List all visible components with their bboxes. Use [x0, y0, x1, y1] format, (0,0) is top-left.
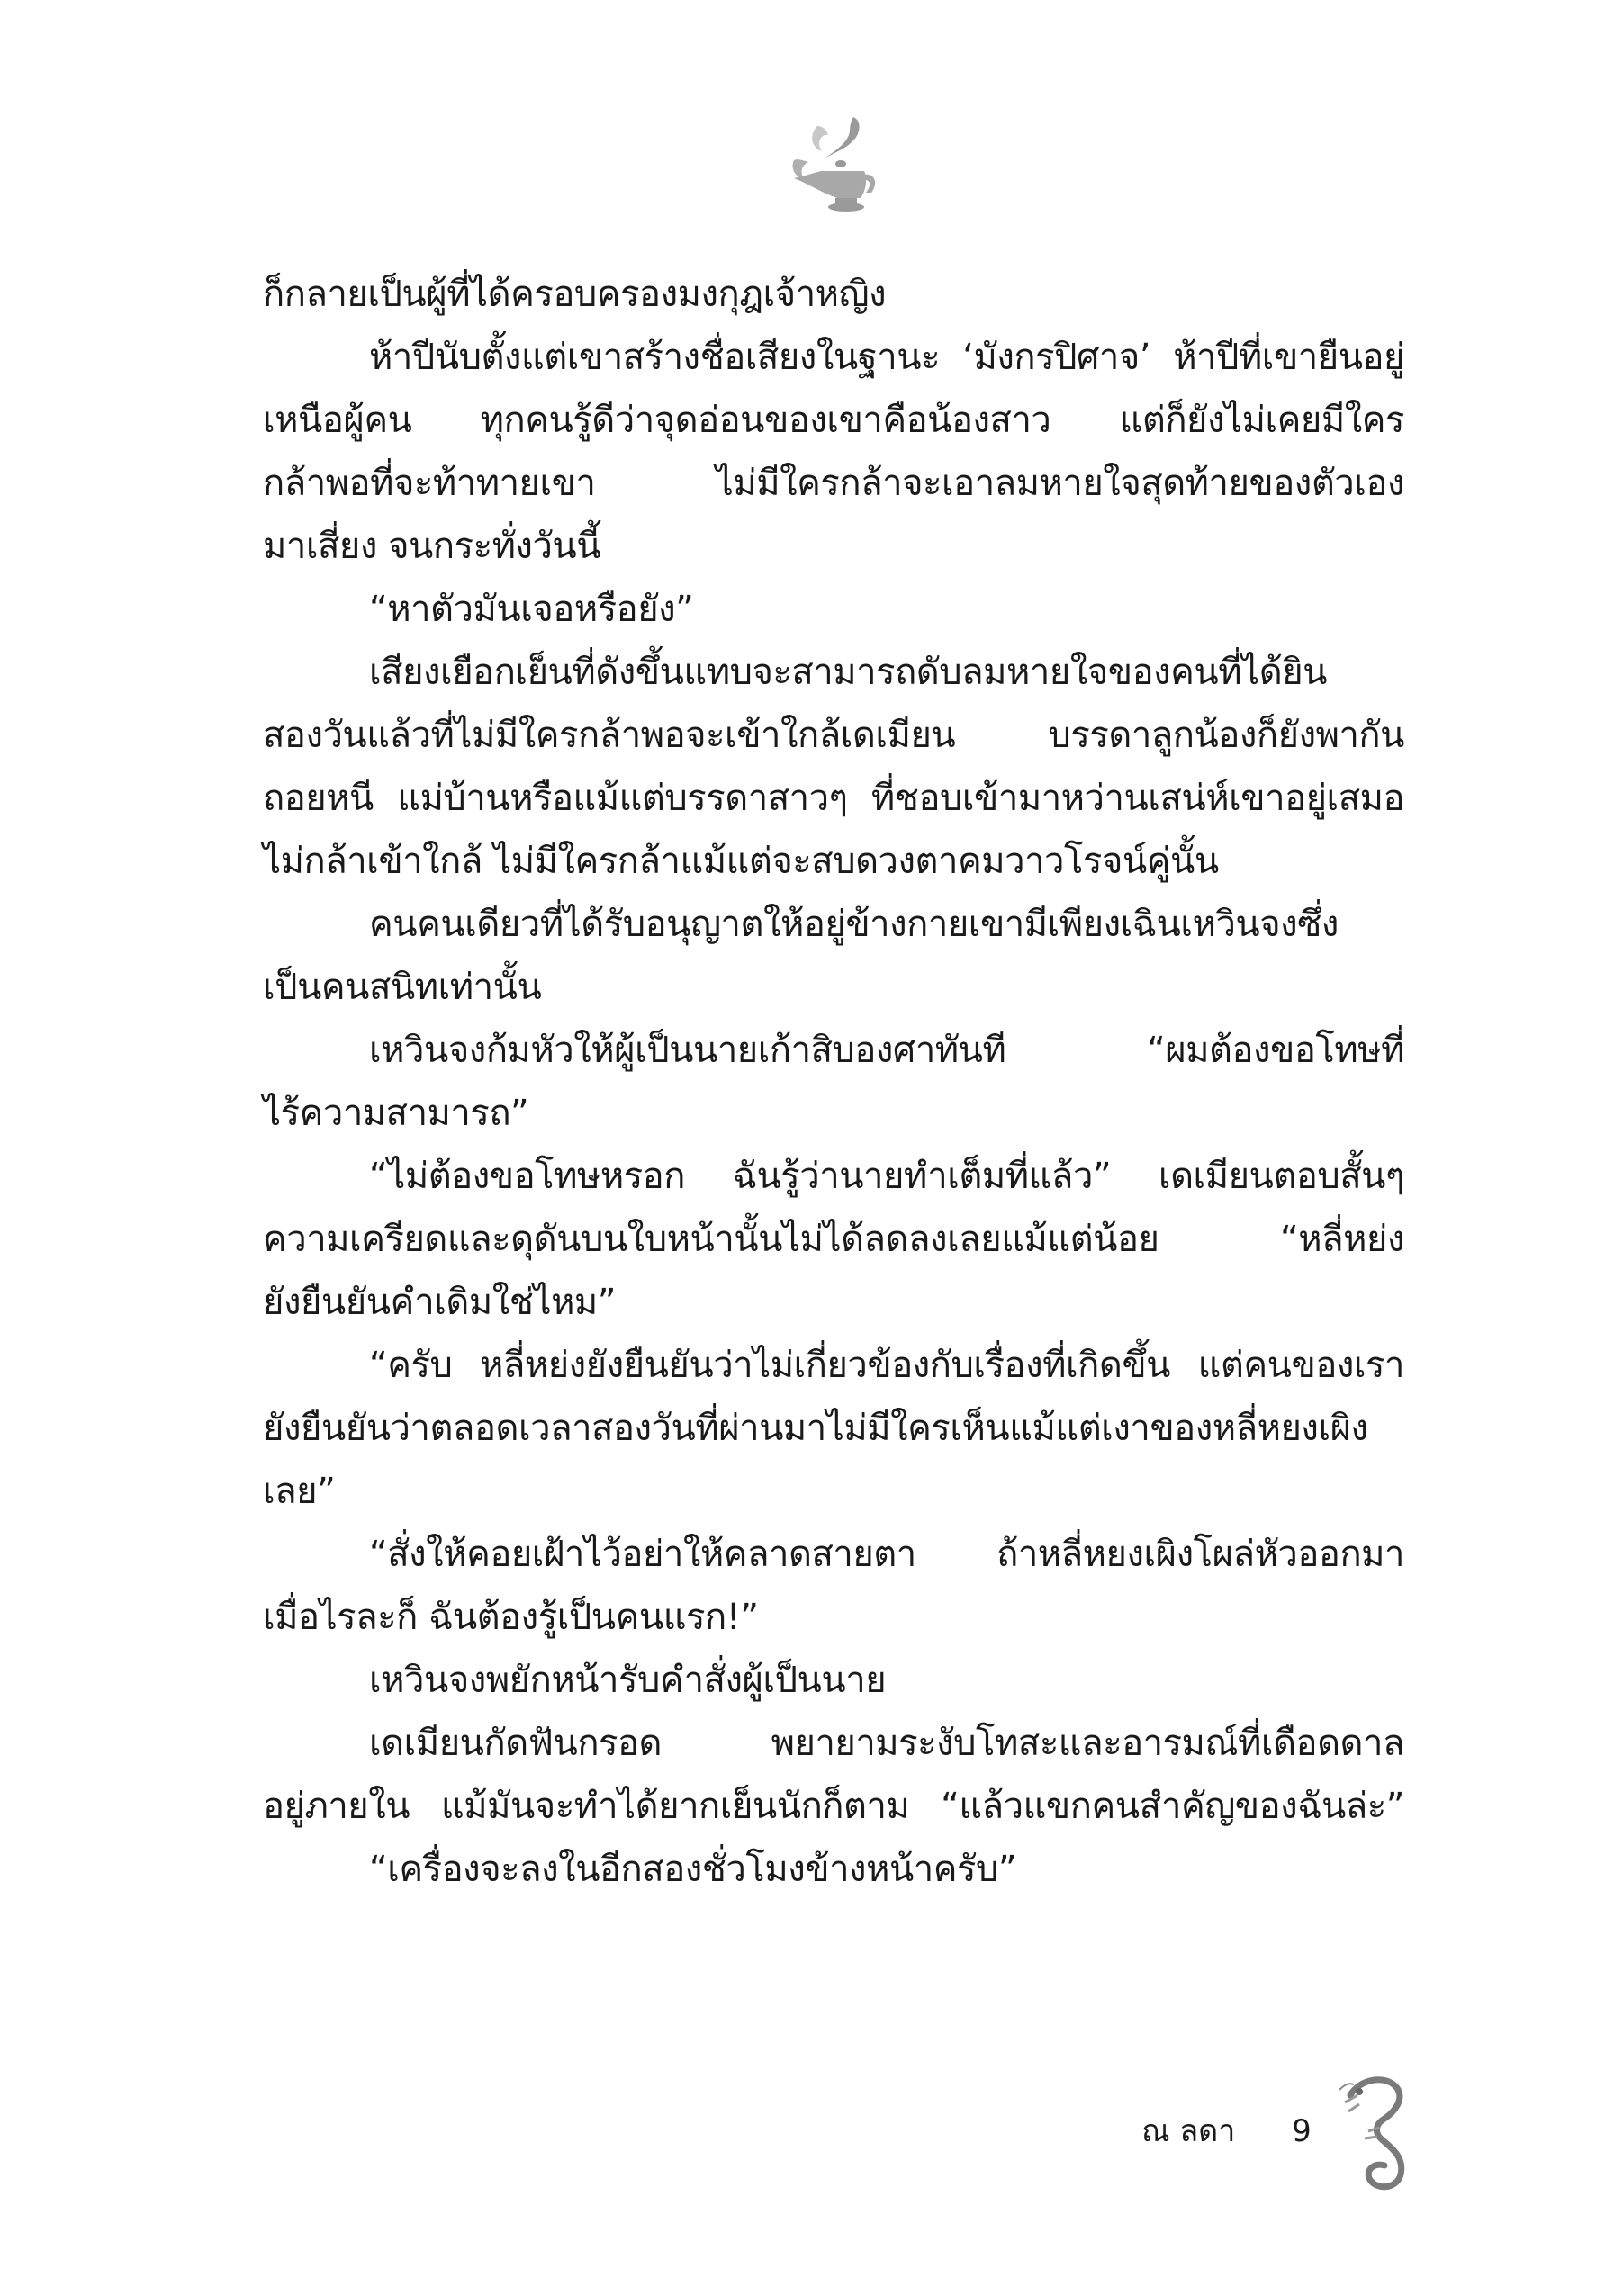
- text-line: เมื่อไรละก็ ฉันต้องรู้เป็นคนแรก!”: [263, 1586, 758, 1649]
- text-line: มาเสี่ยง จนกระทั่งวันนี้: [263, 515, 600, 578]
- text-line: ยังยืนยันคำเดิมใช่ไหม”: [263, 1271, 616, 1334]
- text-line: เหนือผู้คน ทุกคนรู้ดีว่าจุดอ่อนของเขาคือ…: [263, 389, 1404, 452]
- text-line: กล้าพอที่จะท้าทายเขา ไม่มีใครกล้าจะเอาลม…: [263, 452, 1404, 515]
- text-line: เลย”: [263, 1460, 335, 1523]
- text-line: สองวันแล้วที่ไม่มีใครกล้าพอจะเข้าใกล้เดเ…: [263, 704, 1404, 767]
- text-line: เสียงเยือกเย็นที่ดังขึ้นแทบจะสามารถดับลม…: [263, 641, 1404, 704]
- text-line: อยู่ภายใน แม้มันจะทำได้ยากเย็นนักก็ตาม “…: [263, 1775, 1404, 1838]
- book-page: ก็กลายเป็นผู้ที่ได้ครอบครองมงกุฎเจ้าหญิง…: [0, 0, 1605, 2296]
- page-number: 9: [1292, 2113, 1312, 2149]
- page-footer: ณ ลดา 9: [1141, 2104, 1312, 2158]
- text-line: ยังยืนยันว่าตลอดเวลาสองวันที่ผ่านมาไม่มี…: [263, 1397, 1404, 1460]
- text-line: ถอยหนี แม่บ้านหรือแม้แต่บรรดาสาวๆ ที่ชอบ…: [263, 767, 1404, 830]
- dragon-icon: [1332, 2068, 1422, 2194]
- genie-lamp-icon: [781, 108, 889, 216]
- text-line: เดเมียนกัดฟันกรอด พยายามระงับโทสะและอารม…: [263, 1712, 1404, 1775]
- text-line: “ครับ หลี่หย่งยังยืนยันว่าไม่เกี่ยวข้องก…: [263, 1334, 1404, 1397]
- text-line: “เครื่องจะลงในอีกสองชั่วโมงข้างหน้าครับ”: [263, 1838, 1016, 1901]
- text-line: เหวินจงพยักหน้ารับคำสั่งผู้เป็นนาย: [263, 1649, 886, 1712]
- text-line: “ไม่ต้องขอโทษหรอก ฉันรู้ว่านายทำเต็มที่แ…: [263, 1145, 1404, 1208]
- text-line: ก็กลายเป็นผู้ที่ได้ครอบครองมงกุฎเจ้าหญิง: [263, 263, 886, 326]
- text-line: คนคนเดียวที่ได้รับอนุญาตให้อยู่ข้างกายเข…: [263, 893, 1404, 956]
- text-line: ห้าปีนับตั้งแต่เขาสร้างชื่อเสียงในฐานะ ‘…: [263, 326, 1404, 389]
- author-name: ณ ลดา: [1141, 2104, 1235, 2158]
- text-line: เป็นคนสนิทเท่านั้น: [263, 956, 541, 1019]
- text-line: ความเครียดและดุดันบนใบหน้านั้นไม่ได้ลดลง…: [263, 1208, 1404, 1271]
- text-line: ไร้ความสามารถ”: [263, 1082, 528, 1145]
- text-line: ไม่กล้าเข้าใกล้ ไม่มีใครกล้าแม้แต่จะสบดว…: [263, 830, 1219, 893]
- text-line: “หาตัวมันเจอหรือยัง”: [263, 578, 693, 641]
- text-line: เหวินจงก้มหัวให้ผู้เป็นนายเก้าสิบองศาทัน…: [263, 1019, 1404, 1082]
- text-line: “สั่งให้คอยเฝ้าไว้อย่าให้คลาดสายตา ถ้าหล…: [263, 1523, 1404, 1586]
